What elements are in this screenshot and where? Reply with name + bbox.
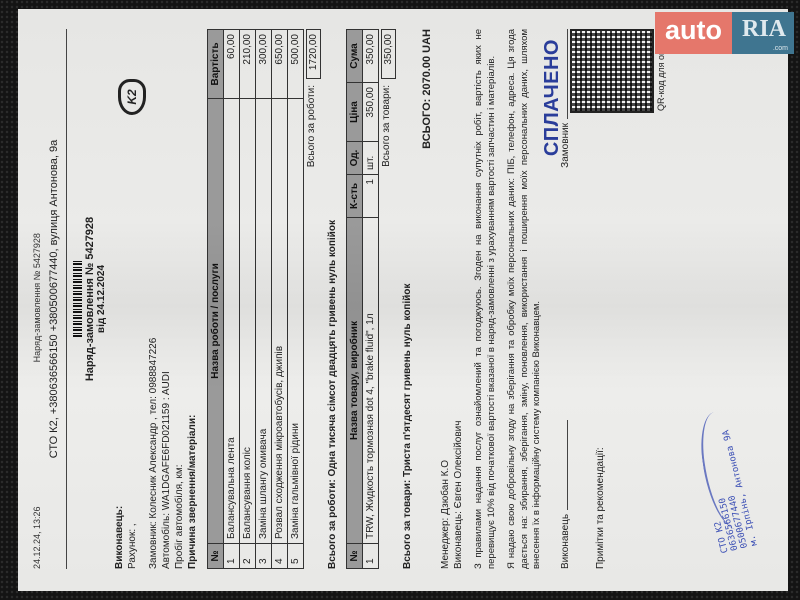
table-row: 3Заміна шлангу омивача300,00 [256, 30, 272, 569]
watermark-auto: auto [655, 12, 732, 54]
row-num: 4 [272, 544, 288, 569]
row-qty: 1 [363, 175, 379, 218]
autoria-watermark: auto RIA .com [655, 12, 794, 54]
executor-label: Виконавець: [114, 506, 125, 569]
car-info: Автомобіль: WA1DGAFE6FD021159 : AUDI [160, 29, 173, 569]
notes-label: Примітки та рекомендації: [595, 113, 666, 569]
executor-sign-label: Виконавець [560, 514, 571, 569]
staff-info: Менеджер: Дзюбан К.О Виконавець: Євген О… [439, 29, 465, 569]
works-total-value: 1720,00 [306, 29, 321, 79]
row-num: 3 [256, 544, 272, 569]
manager: Менеджер: Дзюбан К.О [439, 29, 452, 569]
print-header: 24.12.24, 13:26 Наряд-замовлення № 54279… [32, 29, 42, 569]
k2-logo-icon: K2 [118, 79, 146, 115]
row-num: 5 [288, 544, 304, 569]
row-price: 350,00 [363, 83, 379, 142]
works-total: Всього за роботи: 1720,00 [306, 29, 321, 569]
watermark-ria-text: RIA [742, 16, 786, 42]
goods-total-label: Всього за товари: [381, 85, 396, 167]
row-name: Балансувальна лента [224, 99, 240, 544]
row-sum: 350,00 [363, 30, 379, 83]
goods-col-price: Ціна [347, 83, 363, 142]
row-num: 1 [224, 544, 240, 569]
work-order-document: 24.12.24, 13:26 Наряд-замовлення № 54279… [18, 9, 788, 591]
goods-total-words: Всього за товари: Триста п'ятдесят гриве… [402, 29, 413, 569]
company-line: СТО К2, +380636566150 +380500677440, вул… [48, 29, 60, 569]
goods-col-sum: Сума [347, 30, 363, 83]
works-table: № Назва роботи / послуги Вартість 1Балан… [207, 29, 304, 569]
row-name: Заміна гальмівної рідини [288, 99, 304, 544]
row-num: 1 [363, 544, 379, 569]
printed-at: 24.12.24, 13:26 [32, 506, 42, 569]
row-name: TRW, Жидкость тормозная dot 4, "brake fl… [363, 218, 379, 544]
grand-total: ВСЬОГО: 2070.00 UAH [421, 29, 433, 569]
works-col-cost: Вартість [208, 30, 224, 99]
works-col-name: Назва роботи / послуги [208, 99, 224, 544]
row-cost: 300,00 [256, 30, 272, 99]
row-cost: 500,00 [288, 30, 304, 99]
executor: Виконавець: Євген Олексійович [452, 29, 465, 569]
table-row: 1Балансувальна лента60,00 [224, 30, 240, 569]
document-photo: 24.12.24, 13:26 Наряд-замовлення № 54279… [0, 0, 800, 600]
goods-col-qty: К-сть [347, 175, 363, 218]
executor-signature: Виконавець [560, 420, 571, 569]
row-name: Розвал сходження мікроавтобусів, джипів [272, 99, 288, 544]
small-title: Наряд-замовлення № 5427928 [32, 89, 42, 506]
qr-code-icon [570, 29, 654, 113]
order-title: Наряд-замовлення № 5427928 [84, 29, 96, 569]
mileage-info: Пробіг автомобіля, км: [173, 29, 186, 569]
works-total-words: Всього за роботи: Одна тисяча сімсот два… [327, 29, 338, 569]
table-row: 1 TRW, Жидкость тормозная dot 4, "brake … [363, 30, 379, 569]
barcode-icon [73, 261, 82, 337]
goods-table: № Назва товару, виробник К-сть Од. Ціна … [346, 29, 379, 569]
customer-info: Замовник: Колесник Александр , тел: 0988… [147, 29, 160, 569]
row-name: Балансування коліс [240, 99, 256, 544]
row-cost: 210,00 [240, 30, 256, 99]
consent-text: Я надаю свою добровільну згоду на зберіг… [506, 29, 544, 569]
goods-col-num: № [347, 544, 363, 569]
row-num: 2 [240, 544, 256, 569]
works-words-label: Всього за роботи: [327, 479, 338, 569]
watermark-ria: RIA .com [732, 12, 794, 54]
row-cost: 60,00 [224, 30, 240, 99]
row-unit: шт. [363, 142, 379, 175]
works-col-num: № [208, 544, 224, 569]
goods-col-name: Назва товару, виробник [347, 218, 363, 544]
order-date: від 24.12.2024 [96, 29, 107, 569]
qr-section: Примітки та рекомендації: QR-код для опл… [570, 29, 666, 569]
table-row: 5Заміна гальмівної рідини500,00 [288, 30, 304, 569]
goods-words-value: Триста п'ятдесят гривень нуль копійок [402, 284, 413, 477]
goods-col-unit: Од. [347, 142, 363, 175]
divider [66, 29, 67, 569]
table-row: 2Балансування коліс210,00 [240, 30, 256, 569]
watermark-domain: .com [773, 45, 788, 52]
works-total-label: Всього за роботи: [306, 85, 321, 167]
paid-stamp: СПЛАЧЕНО [541, 39, 563, 156]
works-words-value: Одна тисяча сімсот двадцять гривень нуль… [327, 220, 338, 476]
terms-text: З правилами надання послуг ознайомлений … [473, 29, 498, 569]
goods-words-label: Всього за товари: [402, 480, 413, 569]
reason-label: Причина звернення/матеріали: [187, 415, 198, 569]
row-name: Заміна шлангу омивача [256, 99, 272, 544]
goods-total: Всього за товари: 350,00 [381, 29, 396, 569]
table-row: 4Розвал сходження мікроавтобусів, джипів… [272, 30, 288, 569]
row-cost: 650,00 [272, 30, 288, 99]
goods-total-value: 350,00 [381, 29, 396, 79]
